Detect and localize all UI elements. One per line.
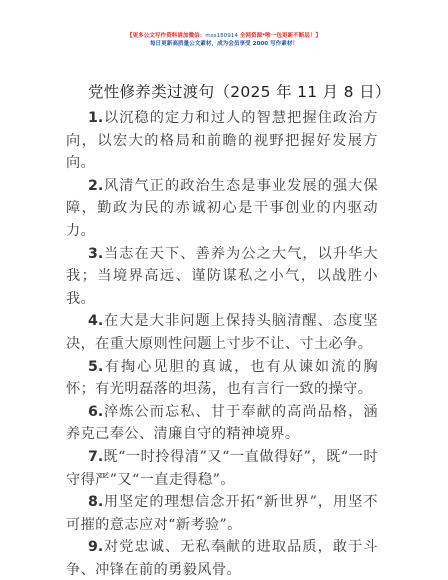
paragraph-number: 6. [88, 404, 103, 420]
promo-banner: 【更多公文写作资料请加微信：mss180914 全网资源*唯一包更新不断层！】 … [0, 32, 448, 48]
promo-banner-line-1: 【更多公文写作资料请加微信：mss180914 全网资源*唯一包更新不断层！】 [0, 32, 448, 40]
page-number: 1 [0, 545, 448, 555]
paragraph-6: 6.淬炼公而忘私、甘于奉献的高尚品格，涵养克己奉公、清廉自守的精神境界。 [66, 401, 378, 446]
paragraph-number: 3. [88, 246, 103, 262]
promo-prefix: 【更多公文写作资料请加微信： [127, 33, 205, 39]
wechat-id: mss180914 [205, 33, 238, 39]
paragraph-number: 4. [88, 313, 103, 329]
paragraph-number: 7. [88, 449, 103, 465]
paragraph-text: 既“一时拎得清”又“一直做得好”，既“一时守得严”又“一直走得稳”。 [66, 449, 378, 488]
promo-suffix: 全网资源*唯一包更新不断层！】 [238, 33, 321, 39]
paragraph-text: 在大是大非问题上保持头脑清醒、态度坚决，在重大原则性问题上寸步不让、寸土必争。 [66, 313, 378, 352]
document-page: 【更多公文写作资料请加微信：mss180914 全网资源*唯一包更新不断层！】 … [0, 0, 448, 580]
paragraph-4: 4.在大是大非问题上保持头脑清醒、态度坚决，在重大原则性问题上寸步不让、寸土必争… [66, 310, 378, 355]
paragraph-7: 7.既“一时拎得清”又“一直做得好”，既“一时守得严”又“一直走得稳”。 [66, 446, 378, 491]
document-title: 党性修养类过渡句（2025 年 11 月 8 日） [88, 80, 391, 102]
document-body: 1.以沉稳的定力和过人的智慧把握住政治方向，以宏大的格局和前瞻的视野把握好发展方… [66, 107, 378, 580]
paragraph-number: 5. [88, 359, 103, 375]
paragraph-8: 8.用坚定的理想信念开拓“新世界”，用坚不可摧的意志应对“新考验”。 [66, 491, 378, 536]
paragraph-1: 1.以沉稳的定力和过人的智慧把握住政治方向，以宏大的格局和前瞻的视野把握好发展方… [66, 107, 378, 175]
paragraph-number: 1. [88, 110, 103, 126]
promo-banner-line-2: 每日更新高质量公文素材，成为会员享受 2000 写作素材！ [0, 40, 448, 48]
paragraph-text: 用坚定的理想信念开拓“新世界”，用坚不可摧的意志应对“新考验”。 [66, 494, 378, 533]
paragraph-number: 8. [88, 494, 103, 510]
paragraph-5: 5.有掏心见胆的真诚，也有从谏如流的胸怀；有光明磊落的坦荡，也有言行一致的操守。 [66, 356, 378, 401]
paragraph-3: 3.当志在天下、善养为公之大气，以升华大我；当境界高远、谨防谋私之小气，以战胜小… [66, 243, 378, 311]
paragraph-text: 以沉稳的定力和过人的智慧把握住政治方向，以宏大的格局和前瞻的视野把握好发展方向。 [66, 110, 378, 171]
paragraph-2: 2.风清气正的政治生态是事业发展的强大保障，勤政为民的赤诚初心是干事创业的内驱动… [66, 175, 378, 243]
paragraph-text: 当志在天下、善养为公之大气，以升华大我；当境界高远、谨防谋私之小气，以战胜小我。 [66, 246, 378, 307]
paragraph-text: 有掏心见胆的真诚，也有从谏如流的胸怀；有光明磊落的坦荡，也有言行一致的操守。 [66, 359, 378, 398]
paragraph-9: 9.对党忠诚、无私奉献的进取品质，敢于斗争、冲锋在前的勇毅风骨。 [66, 536, 378, 580]
paragraph-text: 淬炼公而忘私、甘于奉献的高尚品格，涵养克己奉公、清廉自守的精神境界。 [66, 404, 378, 443]
paragraph-text: 风清气正的政治生态是事业发展的强大保障，勤政为民的赤诚初心是干事创业的内驱动力。 [66, 178, 378, 239]
paragraph-number: 2. [88, 178, 103, 194]
